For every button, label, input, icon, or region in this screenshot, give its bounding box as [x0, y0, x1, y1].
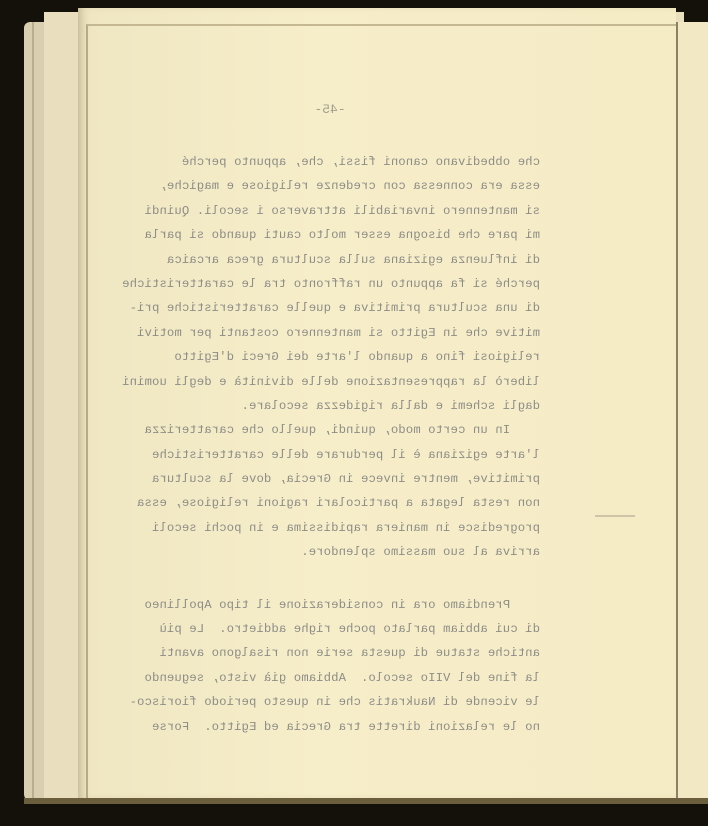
- text-line: si mantennero invariabili attraverso i s…: [130, 199, 540, 223]
- pencil-mark: [595, 515, 635, 517]
- text-line: perché si fa appunto un raffronto tra le…: [130, 272, 540, 296]
- paragraph: Prendiamo ora in considerazione il tipo …: [130, 593, 540, 739]
- text-line: mitive che in Egitto si mantennero costa…: [130, 321, 540, 345]
- page-edge: [32, 22, 34, 802]
- paragraph-gap: [130, 565, 540, 593]
- text-line: di cui abbiam parlato poche righe addiet…: [130, 617, 540, 641]
- facing-page-edge: [676, 22, 708, 798]
- body-text: che obbedivano canoni fissi, che, appunt…: [130, 150, 540, 739]
- text-line: antiche statue di questa serie non risal…: [130, 641, 540, 665]
- text-line: essa era connessa con credenze religiose…: [130, 174, 540, 198]
- text-line: religiosi fino a quando l'arte dei Greci…: [130, 345, 540, 369]
- text-line: di influenza egiziana sulla scultura gre…: [130, 248, 540, 272]
- text-line: no le relazioni dirette tra Grecia ed Eg…: [130, 715, 540, 739]
- text-line: di una scultura primitiva e quelle carat…: [130, 296, 540, 320]
- text-line: Prendiamo ora in considerazione il tipo …: [130, 593, 540, 617]
- text-line: le vicende di Naukratis che in questo pe…: [130, 690, 540, 714]
- page-number: -45-: [300, 102, 360, 117]
- paragraph: In un certo modo, quindi, quello che car…: [130, 418, 540, 564]
- paragraph: che obbedivano canoni fissi, che, appunt…: [130, 150, 540, 418]
- book-bottom-edge: [24, 798, 708, 804]
- text-line: l'arte egiziana è il perdurare delle car…: [130, 443, 540, 467]
- text-line: non resta legata a particolari ragioni r…: [130, 491, 540, 515]
- text-line: che obbedivano canoni fissi, che, appunt…: [130, 150, 540, 174]
- text-line: liberò la rappresentazione delle divinit…: [130, 370, 540, 394]
- text-line: mi pare che bisogna esser molto cauti qu…: [130, 223, 540, 247]
- text-line: In un certo modo, quindi, quello che car…: [130, 418, 540, 442]
- text-line: progredisce in maniera rapidissima e in …: [130, 516, 540, 540]
- text-line: la fine del VIIo secolo. Abbiamo già vis…: [130, 666, 540, 690]
- text-line: dagli schemi e dalla rigidezza secolare.: [130, 394, 540, 418]
- text-line: arriva al suo massimo splendore.: [130, 540, 540, 564]
- text-line: primitive, mentre invece in Grecia, dove…: [130, 467, 540, 491]
